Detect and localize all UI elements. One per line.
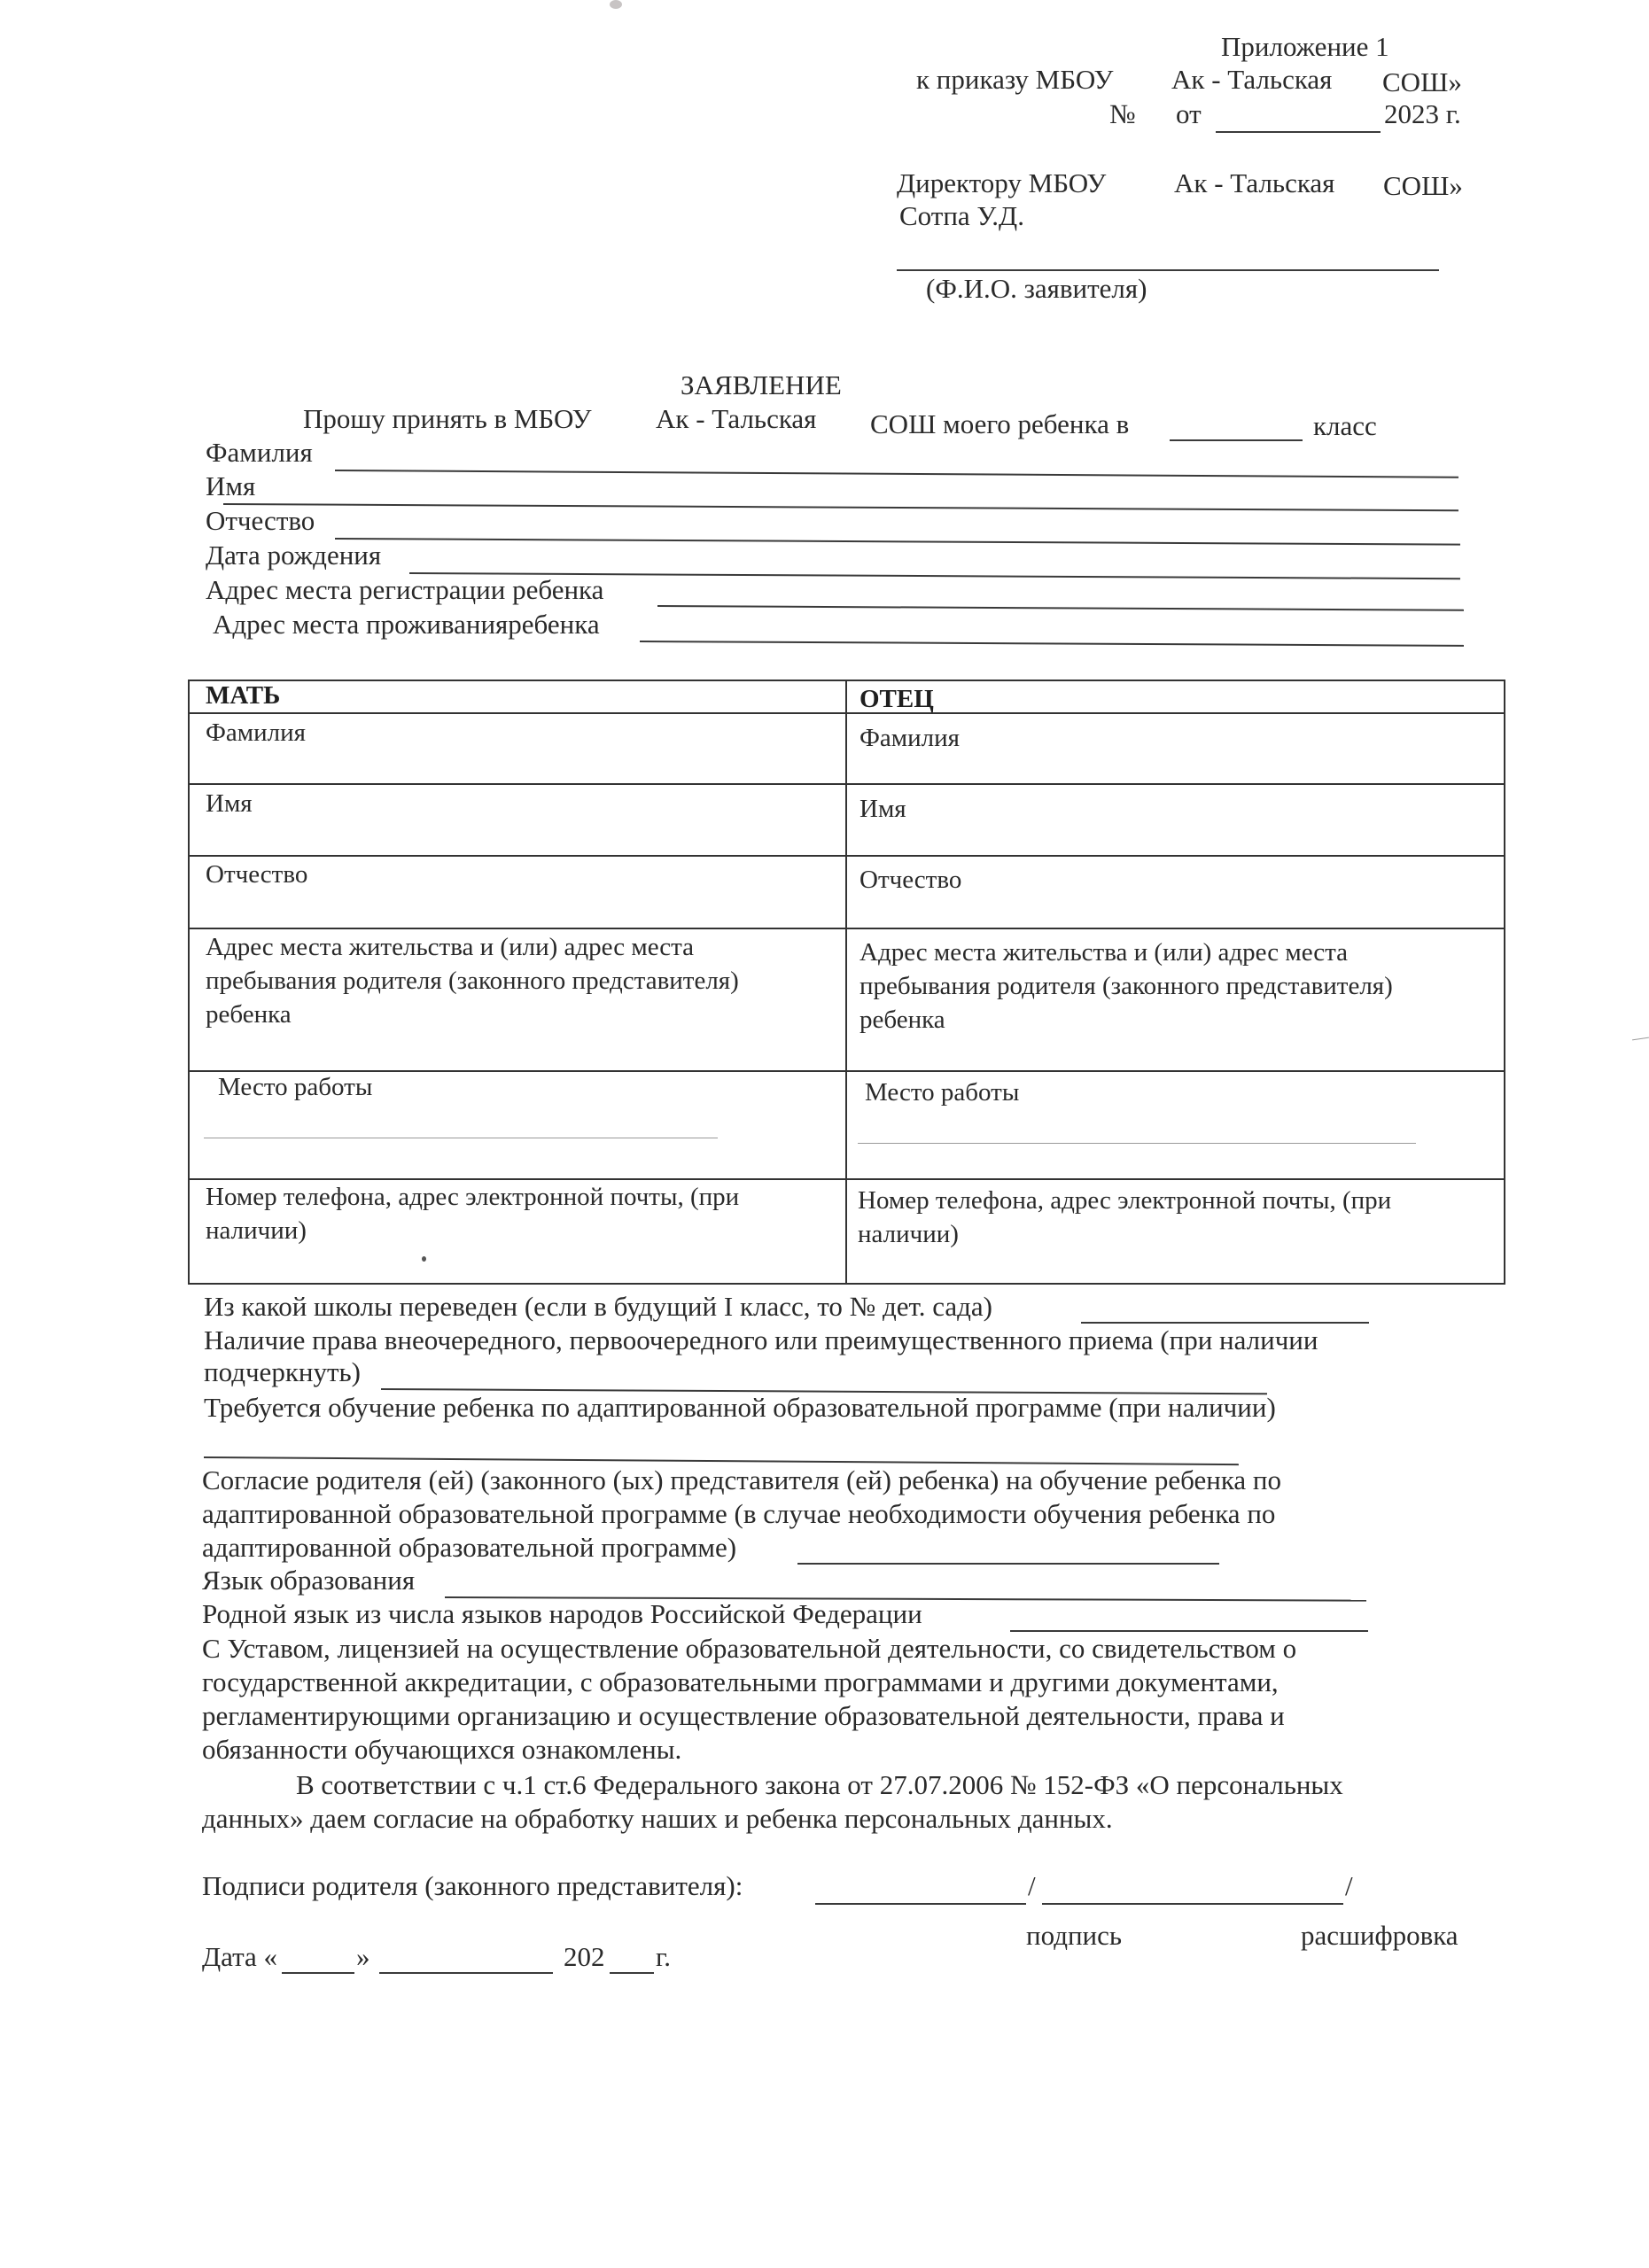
table-row-divider: [188, 928, 1505, 929]
request-part1: Прошу принять в МБОУ: [303, 402, 592, 436]
child-field-label: Дата рождения: [206, 539, 381, 572]
child-field-label: Отчество: [206, 504, 315, 538]
signature-separator-end: /: [1345, 1869, 1353, 1903]
order-from-label: от: [1176, 97, 1202, 131]
consent-label-1: Согласие родителя (ей) (законного (ых) п…: [202, 1464, 1281, 1497]
acknowledgement-line: С Уставом, лицензией на осуществление об…: [202, 1632, 1296, 1666]
child-registration-address-input[interactable]: [657, 605, 1464, 611]
personal-data-line: В соответствии с ч.1 ст.6 Федерального з…: [296, 1768, 1343, 1802]
scan-speck: [610, 0, 622, 9]
father-contact-cell[interactable]: Номер телефона, адрес электронной почты,…: [858, 1184, 1469, 1251]
personal-data-line: данных» даем согласие на обработку наших…: [202, 1802, 1113, 1836]
acknowledgement-line: обязанности обучающихся ознакомлены.: [202, 1733, 681, 1767]
date-year-input[interactable]: [610, 1972, 654, 1974]
father-patronymic-cell[interactable]: Отчество: [860, 863, 1489, 897]
applicant-caption: (Ф.И.О. заявителя): [926, 272, 1147, 306]
decoding-caption: расшифровка: [1301, 1919, 1458, 1953]
order-school-name: Ак - Тальская: [1171, 63, 1332, 97]
consent-input[interactable]: [797, 1563, 1219, 1565]
child-surname-input[interactable]: [335, 470, 1458, 478]
signature-label: Подписи родителя (законного представител…: [202, 1869, 743, 1903]
appendix-label: Приложение 1: [1221, 30, 1389, 64]
mother-address-cell[interactable]: Адрес места жительства и (или) адрес мес…: [206, 930, 790, 1031]
date-prefix: Дата «: [202, 1940, 277, 1974]
table-row-divider: [188, 855, 1505, 857]
date-year-suffix: г.: [656, 1940, 671, 1974]
director-school-suffix: СОШ»: [1383, 169, 1463, 203]
signature-separator: /: [1028, 1869, 1036, 1903]
child-field-label: Адрес места регистрации ребенка: [206, 573, 603, 607]
director-prefix: Директору МБОУ: [897, 167, 1106, 200]
table-column-divider: [845, 680, 847, 1285]
order-number-sign: №: [1109, 97, 1136, 131]
child-field-label: Имя: [206, 470, 255, 503]
scan-mark: [1632, 1037, 1649, 1041]
consent-label-2: адаптированной образовательной программе…: [202, 1497, 1275, 1531]
priority-right-label-2: подчеркнуть): [204, 1355, 361, 1389]
table-row-divider: [188, 783, 1505, 785]
mother-surname-cell[interactable]: Фамилия: [206, 716, 826, 750]
order-prefix: к приказу МБОУ: [916, 63, 1113, 97]
child-field-label: Фамилия: [206, 436, 313, 470]
child-field-label: Адрес места проживанияребенка: [213, 608, 600, 641]
mother-name-cell[interactable]: Имя: [206, 787, 826, 820]
father-workplace-underline: [858, 1143, 1416, 1144]
date-year-prefix: 202: [564, 1940, 605, 1974]
transfer-school-label: Из какой школы переведен (если в будущий…: [204, 1290, 992, 1324]
class-field[interactable]: [1170, 439, 1303, 441]
mother-workplace-cell[interactable]: Место работы: [218, 1070, 821, 1104]
order-year: 2023 г.: [1384, 97, 1461, 131]
priority-right-label-1: Наличие права внеочередного, первоочеред…: [204, 1324, 1318, 1357]
signature-caption: подпись: [1026, 1919, 1122, 1953]
mother-contact-cell[interactable]: Номер телефона, адрес электронной почты,…: [206, 1180, 808, 1247]
mother-workplace-underline: [204, 1138, 718, 1138]
request-part2: СОШ моего ребенка в: [870, 408, 1129, 441]
consent-label-3: адаптированной образовательной программе…: [202, 1531, 736, 1565]
request-school-name: Ак - Тальская: [656, 402, 816, 436]
education-language-label: Язык образования: [202, 1564, 415, 1597]
column-header-father: ОТЕЦ: [860, 682, 934, 716]
date-month-input[interactable]: [379, 1972, 553, 1974]
child-patronymic-input[interactable]: [335, 538, 1460, 546]
director-name: Сотпа У.Д.: [899, 199, 1024, 233]
child-residence-address-input[interactable]: [640, 641, 1464, 647]
signature-decoding-input[interactable]: [1042, 1903, 1343, 1905]
acknowledgement-line: регламентирующими организацию и осуществ…: [202, 1699, 1285, 1733]
father-name-cell[interactable]: Имя: [860, 792, 1489, 826]
father-workplace-cell[interactable]: Место работы: [865, 1076, 1476, 1109]
request-class-label: класс: [1313, 409, 1377, 443]
column-header-mother: МАТЬ: [206, 679, 280, 712]
order-school-suffix: СОШ»: [1382, 66, 1462, 99]
date-close-quote: »: [356, 1940, 370, 1974]
order-date-field[interactable]: [1216, 131, 1381, 133]
signature-input[interactable]: [815, 1903, 1026, 1905]
scan-speck: [422, 1256, 426, 1262]
mother-patronymic-cell[interactable]: Отчество: [206, 858, 826, 891]
director-school-name: Ак - Тальская: [1174, 167, 1334, 200]
table-row-divider: [188, 712, 1505, 714]
father-surname-cell[interactable]: Фамилия: [860, 721, 1489, 755]
native-language-label: Родной язык из числа языков народов Росс…: [202, 1597, 922, 1631]
child-name-input[interactable]: [223, 503, 1458, 511]
document-title: ЗАЯВЛЕНИЕ: [681, 369, 842, 402]
acknowledgement-line: государственной аккредитации, с образова…: [202, 1666, 1279, 1699]
date-day-input[interactable]: [282, 1972, 354, 1974]
adapted-program-label: Требуется обучение ребенка по адаптирова…: [204, 1391, 1276, 1425]
father-address-cell[interactable]: Адрес места жительства и (или) адрес мес…: [860, 936, 1471, 1037]
applicant-name-field[interactable]: [897, 269, 1439, 271]
